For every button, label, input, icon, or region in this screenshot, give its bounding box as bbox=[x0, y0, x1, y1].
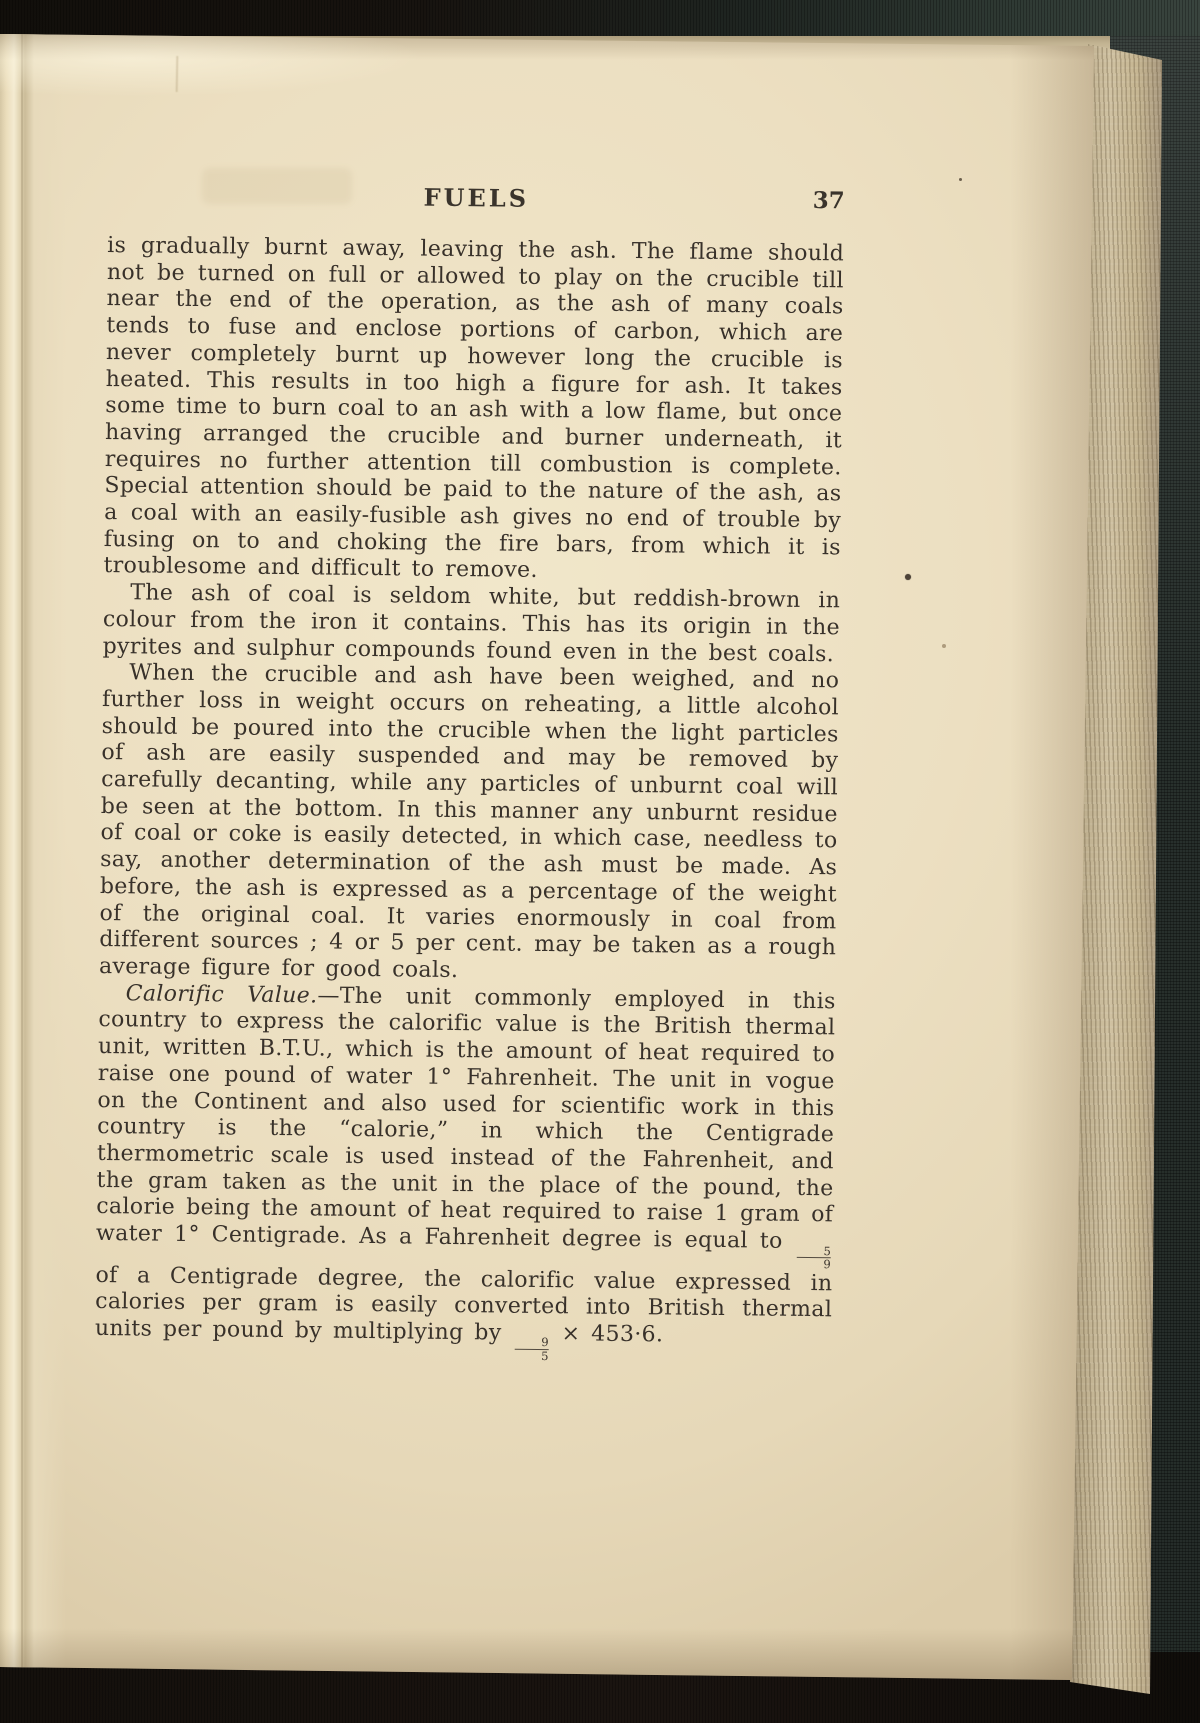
page-gutter-shading bbox=[0, 0, 70, 1723]
paragraph-3: When the crucible and ash have been weig… bbox=[99, 660, 840, 989]
running-head-title: FUELS bbox=[108, 175, 845, 216]
fraction-nine-fifths: 95 bbox=[514, 1337, 549, 1362]
page-crease-line bbox=[21, 0, 23, 1723]
printed-text-block: FUELS 37 is gradually burnt away, leavin… bbox=[95, 175, 845, 1366]
section-term-calorific-value: Calorific Value. bbox=[126, 981, 318, 1008]
paragraph-4: Calorific Value.—The unit commonly emplo… bbox=[95, 981, 836, 1366]
fraction-denominator: 5 bbox=[514, 1349, 548, 1363]
paragraph-4-text-a: —The unit commonly employed in this coun… bbox=[96, 983, 836, 1254]
fraction-denominator: 9 bbox=[796, 1257, 830, 1271]
page-body: is gradually burnt away, leaving the ash… bbox=[95, 233, 845, 1366]
ink-speck bbox=[905, 574, 911, 580]
paragraph-2: The ash of coal is seldom white, but red… bbox=[102, 580, 840, 668]
running-head: FUELS 37 bbox=[108, 175, 845, 217]
fraction-numerator: 9 bbox=[514, 1337, 548, 1349]
fraction-numerator: 5 bbox=[796, 1245, 830, 1257]
fraction-five-ninths: 59 bbox=[796, 1245, 831, 1270]
book-page: FUELS 37 is gradually burnt away, leavin… bbox=[0, 0, 1200, 1723]
paragraph-4-text-c: × 453·6. bbox=[551, 1321, 664, 1347]
ink-speck bbox=[942, 644, 946, 648]
paragraph-1: is gradually burnt away, leaving the ash… bbox=[103, 233, 844, 588]
paragraph-4-text-b: of a Centigrade degree, the calorific va… bbox=[95, 1262, 833, 1345]
page-curl-highlight bbox=[0, 30, 520, 120]
book-cover-top-band bbox=[0, 0, 1200, 36]
book-scan: FUELS 37 is gradually burnt away, leavin… bbox=[0, 0, 1200, 1723]
page-number: 37 bbox=[813, 187, 845, 214]
ink-speck bbox=[959, 178, 962, 181]
